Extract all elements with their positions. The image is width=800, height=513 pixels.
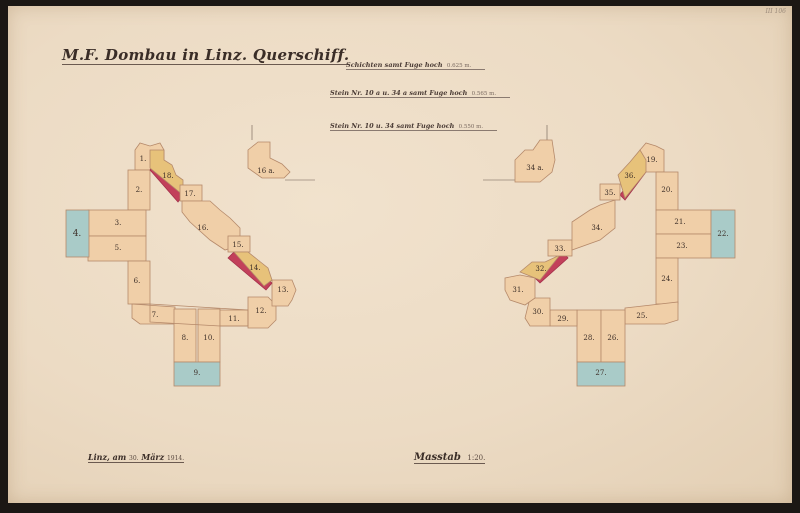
right-plan [483, 125, 735, 386]
room-label-14: 14. [249, 264, 260, 272]
room-label-23: 23. [676, 242, 687, 250]
scale-note: Masstab 1:20. [414, 452, 485, 464]
room-label-32: 32. [535, 265, 546, 273]
room-label-22: 22. [717, 230, 728, 238]
date-day: 30. [129, 455, 139, 462]
room-label-10: 10. [203, 334, 214, 342]
room-label-7: 7. [152, 311, 159, 319]
room-label-11: 11. [228, 315, 239, 323]
room-label-9: 9. [194, 369, 201, 377]
room-label-13: 13. [277, 286, 288, 294]
room-label-1: 1. [140, 155, 147, 163]
room-label-3: 3. [115, 219, 122, 227]
room-label-33: 33. [554, 245, 565, 253]
room-label-18: 18. [162, 172, 173, 180]
room-label-28: 28. [583, 334, 594, 342]
room-label-5: 5. [115, 244, 122, 252]
room-label-16: 16. [197, 224, 208, 232]
date-month: März [141, 452, 164, 462]
date-year: 1914. [167, 455, 184, 462]
room-label-26: 26. [607, 334, 618, 342]
room-34a [515, 140, 555, 182]
floor-plans: 1. 2. 3. 4. 5. 6. 7. 8. 9. 10. 11. 12. 1… [0, 0, 800, 513]
room-label-35: 35. [604, 189, 615, 197]
place-date: Linz, am 30. März 1914. [88, 452, 184, 463]
room-label-2: 2. [136, 186, 143, 194]
room-label-29: 29. [557, 315, 568, 323]
scale-value: 1:20. [467, 454, 485, 462]
room-label-20: 20. [661, 186, 672, 194]
left-plan [66, 125, 315, 386]
room-label-31: 31. [512, 286, 523, 294]
room-label-27: 27. [595, 369, 606, 377]
room-label-25: 25. [636, 312, 647, 320]
place-prefix: Linz, am [88, 452, 126, 462]
room-label-12: 12. [255, 307, 266, 315]
room-label-8: 8. [182, 334, 189, 342]
room-label-36: 36. [624, 172, 635, 180]
room-label-6: 6. [134, 277, 141, 285]
room-label-15: 15. [232, 241, 243, 249]
room-label-16a: 16 a. [257, 167, 275, 175]
scale-label: Masstab [414, 452, 461, 463]
room-label-19: 19. [646, 156, 657, 164]
room-label-24: 24. [661, 275, 672, 283]
room-label-21: 21. [674, 218, 685, 226]
room-label-30: 30. [532, 308, 543, 316]
room-label-4: 4. [73, 229, 82, 239]
room-label-34a: 34 a. [526, 164, 544, 172]
room-label-34: 34. [591, 224, 602, 232]
room-25 [625, 302, 678, 324]
room-label-17: 17. [184, 190, 195, 198]
